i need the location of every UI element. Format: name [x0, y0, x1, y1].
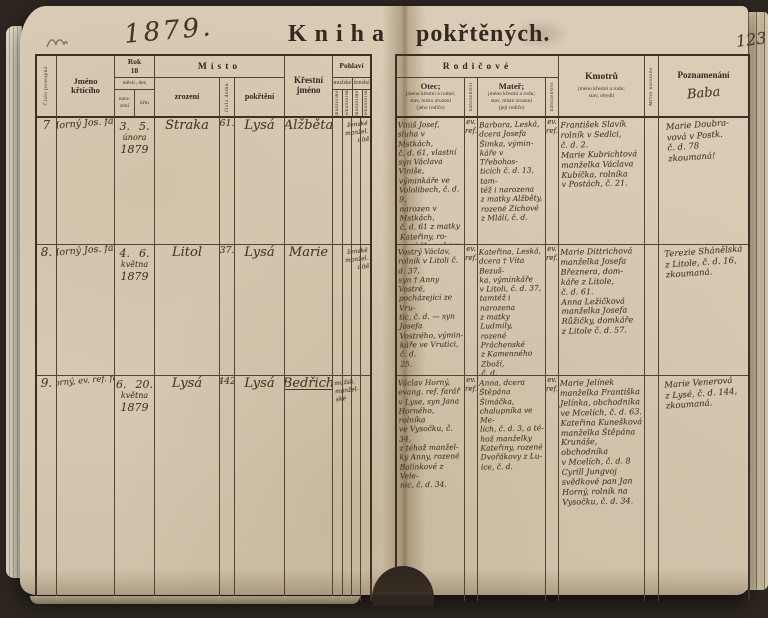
header-male-illegitimate-label: nemanželské — [345, 90, 350, 118]
header-gender-male-label: mužské — [333, 80, 351, 88]
baptizer-cell: Horný Jos. far. — [57, 245, 115, 376]
header-father: Otec; jméno křestní a rodné; stav, místo… — [397, 78, 465, 118]
father-religion-cell: ev. ref. — [465, 245, 478, 376]
baptism-place-value: Lysá — [235, 245, 285, 376]
father-religion-cell: ev. ref. — [465, 376, 478, 601]
header-gender-group: Pohlaví — [333, 56, 370, 78]
birth-day: 4. — [120, 247, 131, 260]
baptismal-name-value: Bedřich — [285, 376, 333, 601]
header-gender-female-label: ženské — [353, 80, 369, 88]
remarks-cell: Marie Doubra- vová v Postk. č. d. 78 zko… — [659, 118, 748, 245]
header-gender-label: Pohlaví — [339, 62, 363, 70]
header-stillborn: Mrtvě narozeno — [645, 56, 659, 118]
date-cell: 4.6. května 1879 — [115, 245, 155, 376]
header-parents-group: Rodičové — [397, 56, 559, 78]
stillborn-cell — [645, 376, 659, 601]
mother-religion-value: ev. ref. — [546, 245, 558, 263]
father-entry: Vostrý Václav, rolník v Litoli č. d. 37,… — [397, 245, 465, 369]
gender-note: ženské manžel. dítě — [344, 247, 370, 273]
header-year-group: Rok 18 — [115, 56, 155, 78]
header-remarks-title: Poznamenání — [677, 71, 729, 81]
birth-day: 6. — [116, 378, 127, 391]
row-number: 9. — [37, 376, 57, 601]
godparents-entry: Marie Dittrichová manželka Josefa Březne… — [559, 245, 645, 337]
mother-religion-cell: ev. ref. — [546, 118, 559, 245]
row-number: 8. — [37, 245, 57, 376]
godparents-entry: František Slavík rolník v Sedlci, č. d. … — [559, 118, 645, 190]
remarks-cell: Terezie Shánělská z Litole, č. d. 16, zk… — [659, 245, 748, 376]
header-baptizer-name: Jméno křtícího — [57, 56, 115, 118]
photo-background: 1879. Kniha pokřtěných. 123 Čísla postup… — [0, 0, 768, 618]
date-cell: 6.20. května 1879 — [115, 376, 155, 601]
header-mother-religion-label: náboženství — [550, 82, 555, 111]
mother-religion-cell: ev. ref. — [546, 376, 559, 601]
stillborn-cell — [645, 118, 659, 245]
page-title-pokrtenych: pokřtěných. — [416, 21, 550, 48]
mother-entry: Kateřina, Leská, dcera † Víta Bezuš- ka,… — [478, 245, 546, 376]
gender-note: mužsk. manžel- ské — [334, 378, 360, 404]
header-female-illegitimate-label: nemanželské — [364, 90, 369, 118]
header-godparents-subtitle: jméno křestní a rodu; stav, obydlí — [578, 86, 625, 100]
date-month: února — [120, 133, 150, 143]
house-number-value: 442 — [220, 376, 235, 601]
ink-smudge-mark — [46, 36, 68, 50]
bottom-page-edges — [30, 596, 360, 604]
remarks-entry: Marie Venerová z Lysé, č. d. 144, zkouma… — [659, 376, 748, 413]
header-father-religion-label: náboženství — [469, 82, 474, 111]
header-month-day-label: měsíc, den — [123, 80, 147, 87]
baptism-place-value: Lysá — [235, 118, 285, 245]
header-male-illegitimate: nemanželské — [343, 90, 353, 118]
godparents-cell: Marie Jelínek manželka Františka Jelínka… — [559, 376, 645, 601]
godparents-entry: Marie Jelínek manželka Františka Jelínka… — [559, 376, 645, 508]
header-birth-date-label: naro- zení — [119, 96, 131, 110]
header-baptism-date: křtu — [135, 90, 155, 118]
header-baptism-place: pokřtění — [235, 78, 285, 118]
header-father-subtitle: jméno křestní a rodné; stav, místo zroze… — [406, 91, 455, 112]
godparents-cell: František Slavík rolník v Sedlci, č. d. … — [559, 118, 645, 245]
header-godparents-title: Kmotrů — [585, 72, 618, 82]
header-parents-label: Rodičové — [443, 62, 512, 72]
header-place-label: Místo — [198, 62, 241, 72]
father-entry: Viniš Josef, sluha v Mstkách, č. d. 61, … — [397, 118, 465, 245]
header-birthplace-label: zrození — [175, 93, 200, 102]
mother-cell: Kateřina, Leská, dcera † Víta Bezuš- ka,… — [478, 245, 546, 376]
date-year: 1879 — [116, 401, 153, 414]
remarks-cell: Marie Venerová z Lysé, č. d. 144, zkouma… — [659, 376, 748, 601]
header-gender-male: mužské — [333, 78, 353, 90]
header-house-number-label: čísla domu — [224, 83, 231, 112]
page-title-kniha: Kniha — [288, 21, 392, 48]
stillborn-cell — [645, 245, 659, 376]
date-year: 1879 — [120, 143, 150, 156]
father-religion-value: ev. ref. — [465, 118, 477, 136]
header-father-religion: náboženství — [465, 78, 478, 118]
baptizer-name: Horný Jos. far. — [57, 118, 115, 132]
baptizer-cell: Horný Jos. far. — [57, 118, 115, 245]
father-religion-cell: ev. ref. — [465, 118, 478, 245]
header-female-illegitimate: nemanželské — [363, 90, 370, 118]
gender-cell: mužsk. manžel- ské — [333, 376, 370, 601]
date-cell: 3.5. února 1879 — [115, 118, 155, 245]
right-table: Rodičové Otec; jméno křestní a rodné; st… — [395, 54, 750, 601]
header-father-title: Otec; — [421, 82, 441, 91]
mother-entry: Barbora, Leská, dcera Josefa Šimka, vými… — [478, 118, 546, 223]
birthplace-value: Straka — [155, 118, 220, 245]
date-month: května — [120, 260, 150, 270]
baptism-place-value: Lysá — [235, 376, 285, 601]
header-mother: Mateř; jméno křestní a rodu; stav, místo… — [478, 78, 546, 118]
remarks-entry: Terezie Shánělská z Litole, č. d. 16, zk… — [659, 245, 748, 282]
header-baptizer-label: Jméno křtícího — [71, 77, 100, 96]
header-year-label: Rok 18 — [128, 58, 141, 75]
header-baptismal-name-label: Křestní jméno — [294, 76, 323, 96]
father-religion-value: ev. ref. — [465, 245, 477, 263]
header-house-number: čísla domu — [220, 78, 235, 118]
row-number: 7 — [37, 118, 57, 245]
baptism-day: 6. — [139, 247, 150, 260]
header-gender-female: ženské — [353, 78, 370, 90]
baptism-day: 20. — [136, 378, 154, 391]
header-male-legitimate: manželské — [333, 90, 343, 118]
godparents-cell: Marie Dittrichová manželka Josefa Březne… — [559, 245, 645, 376]
header-birth-date: naro- zení — [115, 90, 135, 118]
gender-cell: ženské manžel. dítě — [333, 118, 370, 245]
page-number: 123 — [735, 28, 768, 51]
father-cell: Viniš Josef, sluha v Mstkách, č. d. 61, … — [397, 118, 465, 245]
header-male-legitimate-label: manželské — [335, 90, 340, 116]
baptism-day: 5. — [139, 120, 150, 133]
mother-entry: Anna, dcera Štěpána Šimáčka, chalupníka … — [478, 376, 546, 472]
house-number-value: 37. — [220, 245, 235, 376]
header-female-legitimate-label: manželské — [355, 90, 360, 116]
header-baptismal-name: Křestní jméno — [285, 56, 333, 118]
header-month-day: měsíc, den — [115, 78, 155, 90]
remarks-entry: Marie Doubra- vová v Postk. č. d. 78 zko… — [659, 118, 748, 165]
birth-day: 3. — [120, 120, 131, 133]
birthplace-value: Lysá — [155, 376, 220, 601]
baptizer-name: Horný, ev. ref. far. — [57, 376, 115, 389]
mother-religion-value: ev. ref. — [546, 376, 558, 394]
header-sequence-number: Čísla postupná — [37, 56, 57, 118]
baptizer-name: Horný Jos. far. — [57, 245, 115, 259]
header-mother-subtitle: jméno křestní a rodu; stav, místo zrozen… — [488, 91, 535, 112]
header-place-group: Místo — [155, 56, 285, 78]
date-year: 1879 — [120, 270, 150, 283]
register-page-spread: 1879. Kniha pokřtěných. 123 Čísla postup… — [20, 6, 748, 595]
header-mother-title: Mateř; — [499, 82, 524, 91]
header-baptism-place-label: pokřtění — [245, 93, 274, 102]
header-female-legitimate: manželské — [353, 90, 363, 118]
father-entry: Václav Horný, evang. ref. farář v Lyse, … — [397, 376, 465, 490]
mother-religion-value: ev. ref. — [546, 118, 558, 136]
baptismal-name-value: Alžběta — [285, 118, 333, 245]
birthplace-value: Litol — [155, 245, 220, 376]
mother-cell: Anna, dcera Štěpána Šimáčka, chalupníka … — [478, 376, 546, 601]
house-number-value: 61. — [220, 118, 235, 245]
father-cell: Vostrý Václav, rolník v Litoli č. d. 37,… — [397, 245, 465, 376]
mother-cell: Barbora, Leská, dcera Josefa Šimka, vými… — [478, 118, 546, 245]
year-handwritten: 1879. — [123, 12, 215, 50]
baptismal-name-value: Marie — [285, 245, 333, 376]
header-birthplace: zrození — [155, 78, 220, 118]
header-sequence-number-label: Čísla postupná — [43, 66, 50, 106]
header-remarks: Poznamenání Baba — [659, 56, 748, 118]
gender-cell: ženské manžel. dítě — [333, 245, 370, 376]
left-table: Čísla postupná Jméno křtícího Rok 18 měs… — [35, 54, 372, 601]
gender-note: ženské manžel. dítě — [344, 120, 370, 146]
header-mother-religion: náboženství — [546, 78, 559, 118]
mother-religion-cell: ev. ref. — [546, 245, 559, 376]
header-baptism-date-label: křtu — [140, 100, 149, 107]
bottom-gutter-notch — [372, 566, 434, 606]
remarks-midwife-note: Baba — [686, 85, 721, 103]
baptizer-cell: Horný, ev. ref. far. — [57, 376, 115, 601]
header-godparents: Kmotrů jméno křestní a rodu; stav, obydl… — [559, 56, 645, 118]
date-month: května — [116, 391, 153, 401]
header-stillborn-label: Mrtvě narozeno — [649, 67, 654, 106]
father-religion-value: ev. ref. — [465, 376, 477, 394]
